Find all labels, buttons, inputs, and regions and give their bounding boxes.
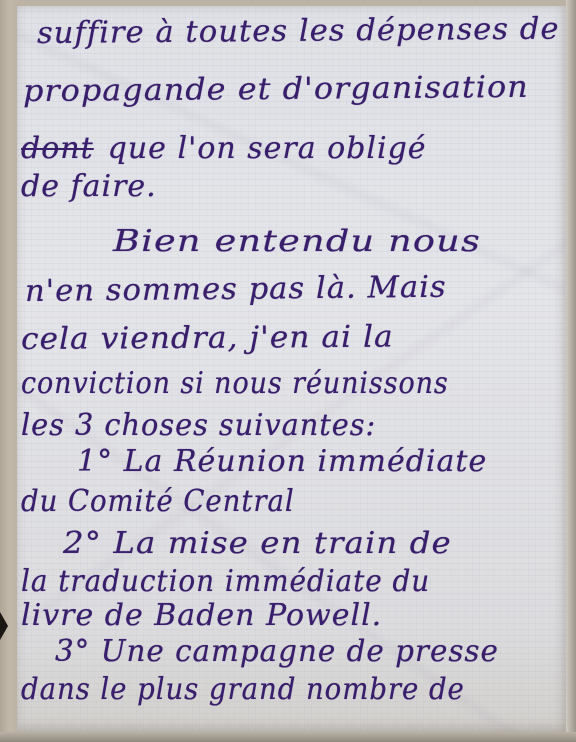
letter-line-1: suffire à toutes les dépenses de: [37, 12, 560, 51]
letter-line-16: dans le plus grand nombre de: [21, 672, 465, 707]
letter-line-13: la traduction immédiate du: [21, 564, 430, 599]
letter-line-12: 2° La mise en train de: [63, 526, 452, 561]
letter-line-15: 3° Une campagne de presse: [55, 634, 499, 669]
letter-line-4: de faire.: [21, 169, 157, 204]
letter-line-2: propagande et d'organisation: [23, 70, 529, 109]
letter-line-10: 1° La Réunion immédiate: [77, 444, 487, 479]
letter-line-3: dontque l'on sera obligé: [21, 131, 427, 166]
letter-line-5: Bien entendu nous: [113, 224, 481, 259]
letter-line-6: n'en sommes pas là. Mais: [25, 270, 447, 309]
letter-line-14: livre de Baden Powell.: [21, 598, 382, 633]
binding-clip-mark: [0, 612, 8, 640]
struck-word: dont: [21, 131, 94, 166]
page-bottom-edge: [0, 732, 576, 742]
letter-line-3-text: que l'on sera obligé: [108, 131, 427, 166]
letter-body: suffire à toutes les dépenses de propaga…: [17, 6, 568, 732]
letter-line-7: cela viendra, j'en ai la: [21, 319, 394, 357]
letter-line-9: les 3 choses suivantes:: [21, 408, 376, 443]
letter-line-11: du Comité Central: [21, 484, 295, 519]
letter-line-8: conviction si nous réunissons: [21, 366, 449, 401]
